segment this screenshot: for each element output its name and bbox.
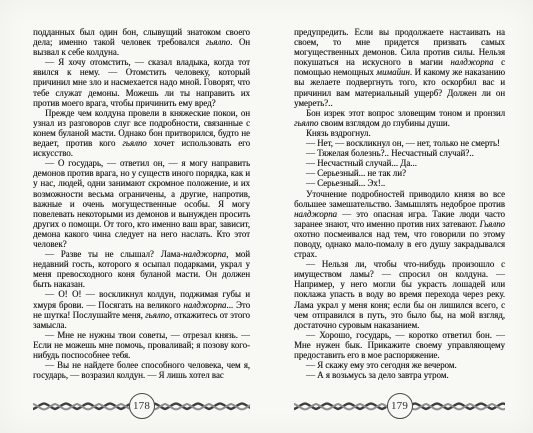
paragraph: Бон изрек этот вопрос зловещим тоном и п…	[294, 108, 505, 128]
paragraph: — Я скажу ему это сегодня же вечером.	[294, 360, 505, 370]
paragraph: подданных был один бон, слывущий знатоко…	[33, 27, 250, 57]
paragraph: — Тяжелая болезнь?.. Несчастный случай?.…	[294, 148, 505, 158]
paragraph: — Хорошо, государь, — коротко ответил бо…	[294, 330, 505, 360]
paragraph: — Я хочу отомстить, — сказал владыка, ко…	[33, 57, 250, 107]
page-footer-right: 179	[294, 392, 505, 422]
paragraph: — Мне не нужны твои советы, — отрезал кн…	[33, 330, 250, 360]
paragraph: — Разве ты не слышал? Лама-налджорпа, мо…	[33, 249, 250, 289]
page-number-badge-left: 178	[129, 393, 155, 419]
book-spread: подданных был один бон, слывущий знатоко…	[0, 0, 533, 433]
page-number-left: 178	[133, 400, 150, 412]
paragraph: Князь вздрогнул.	[294, 128, 505, 138]
page-text-left: подданных был один бон, слывущий знатоко…	[33, 27, 250, 380]
page-number-right: 179	[391, 400, 408, 412]
page-number-badge-right: 179	[387, 393, 413, 419]
paragraph: предупредить. Если вы продолжаете настаи…	[294, 27, 505, 108]
paragraph: — Вы не найдете более способного человек…	[33, 360, 250, 380]
paragraph: — Несчастный случай... Да...	[294, 158, 505, 168]
paragraph: Уточнение подробностей приводило князя в…	[294, 189, 505, 260]
page-text-right: предупредить. Если вы продолжаете настаи…	[294, 27, 505, 380]
page-right: предупредить. Если вы продолжаете настаи…	[294, 0, 505, 433]
paragraph: — О государь, — ответил он, — я могу нап…	[33, 158, 250, 249]
paragraph: — Нельзя ли, чтобы что-нибудь произошло …	[294, 259, 505, 330]
page-left: подданных был один бон, слывущий знатоко…	[33, 0, 250, 433]
paragraph: — Серьезный... не так ли?	[294, 168, 505, 178]
paragraph: — Серьезный... Эх!..	[294, 178, 505, 188]
paragraph: Прежде чем колдуна провели в княжеские п…	[33, 108, 250, 158]
paragraph: — Нет, — воскликнул он, — нет, только не…	[294, 138, 505, 148]
paragraph: — О! О! — воскликнул колдун, поджимая гу…	[33, 289, 250, 329]
paragraph: — А я возьмусь за дело завтра утром.	[294, 370, 505, 380]
page-footer-left: 178	[33, 392, 250, 422]
